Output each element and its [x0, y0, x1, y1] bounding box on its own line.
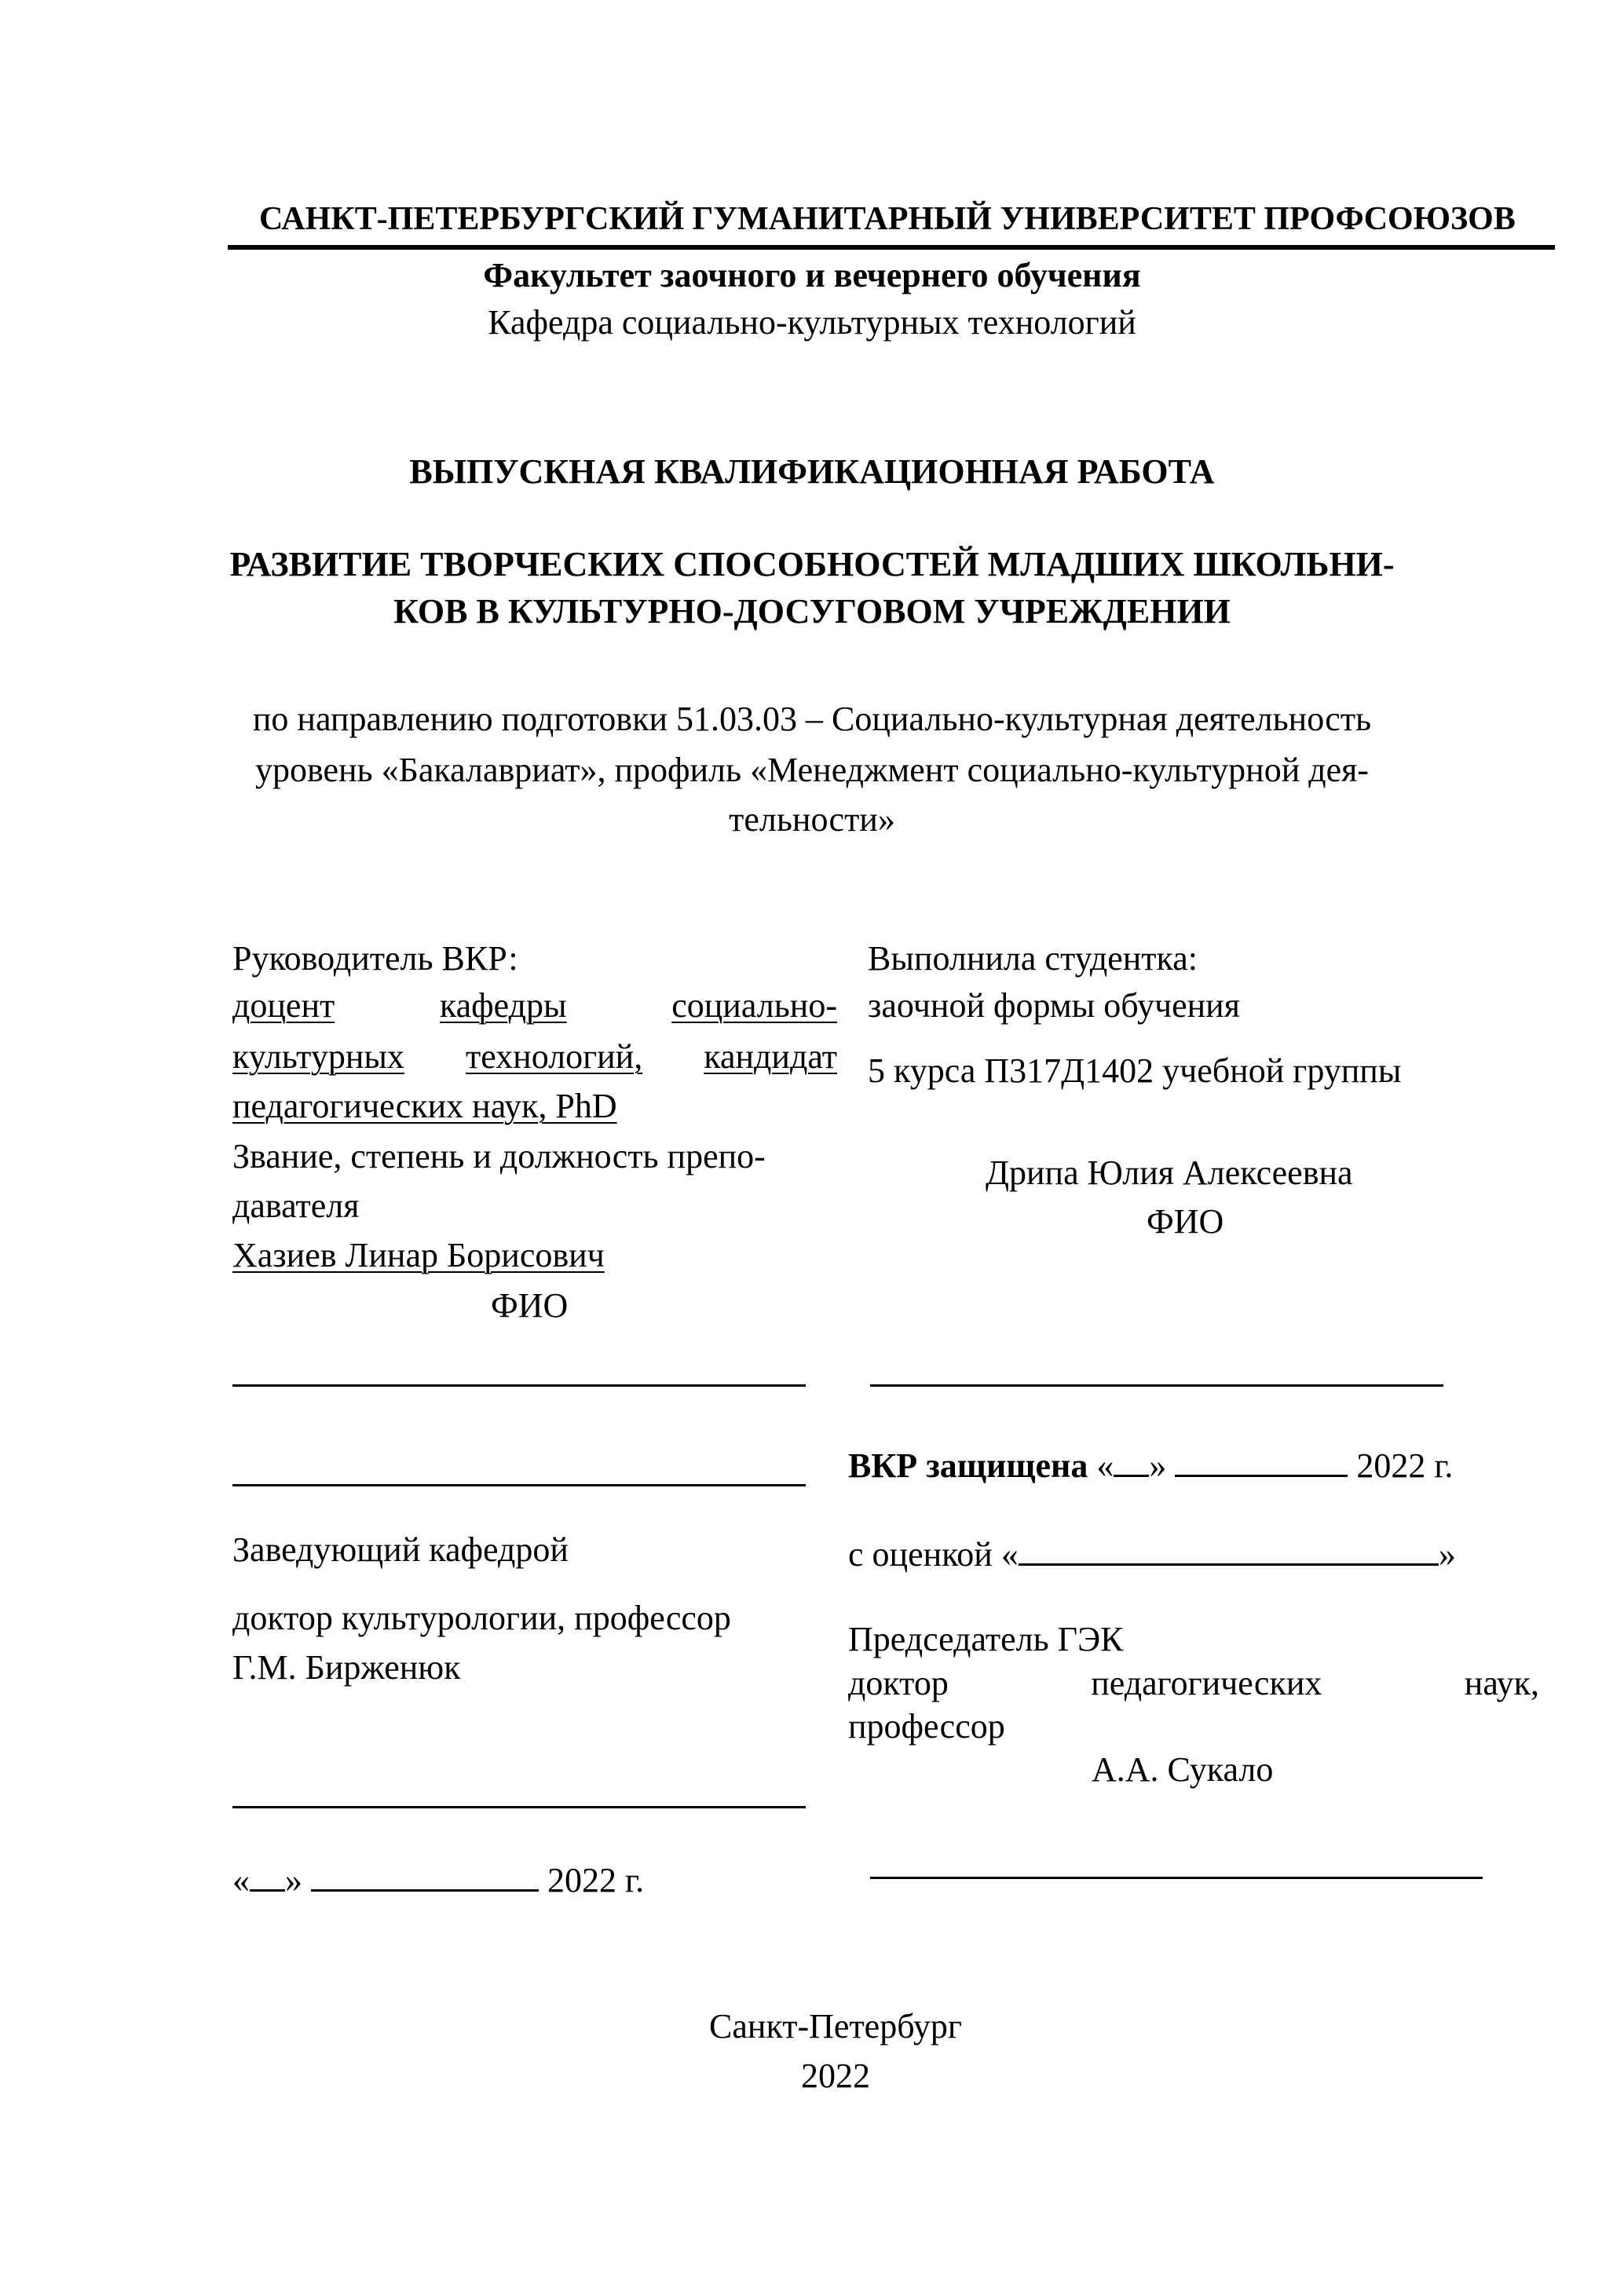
grade-close-quote: » — [1439, 1535, 1456, 1574]
supervisor-position-line-1: доцент кафедры социально- — [232, 985, 837, 1026]
word: кандидат — [704, 1036, 837, 1077]
work-type: ВЫПУСКНАЯ КВАЛИФИКАЦИОННАЯ РАБОТА — [0, 452, 1624, 492]
student-label: Выполнила студентка: — [868, 938, 1198, 978]
footer-city: Санкт-Петербург — [0, 2006, 1624, 2046]
head-signature-line — [232, 1806, 806, 1808]
word: наук, — [1465, 1663, 1539, 1703]
supervisor-position-line-2: культурных технологий, кандидат — [232, 1036, 837, 1077]
word: кафедры — [440, 985, 567, 1026]
supervisor-name: Хазиев Линар Борисович — [232, 1235, 605, 1275]
word: технологий, — [466, 1036, 642, 1077]
defense-row: ВКР защищена «» 2022 г. — [848, 1445, 1453, 1486]
commission-degree-line-1: доктор педагогических наук, — [848, 1663, 1539, 1703]
supervisor-hint-line-1: Звание, степень и должность препо- — [232, 1136, 766, 1176]
university-name: САНКТ-ПЕТЕРБУРГСКИЙ ГУМАНИТАРНЫЙ УНИВЕРС… — [259, 200, 1516, 238]
commission-name: А.А. Сукало — [1092, 1749, 1273, 1790]
supervisor-position-line-3: педагогических наук, PhD — [232, 1086, 617, 1126]
commission-degree-line-2: профессор — [848, 1706, 1005, 1746]
footer-year: 2022 — [0, 2056, 1624, 2096]
defense-year: 2022 г. — [1356, 1446, 1453, 1485]
student-signature-line — [870, 1384, 1443, 1387]
close-quote: » — [285, 1861, 302, 1899]
open-quote: « — [1096, 1446, 1114, 1485]
commission-label: Председатель ГЭК — [848, 1619, 1124, 1659]
head-year: 2022 г. — [547, 1861, 644, 1899]
word: доктор — [848, 1663, 949, 1703]
supervisor-hint-line-2: давателя — [232, 1186, 359, 1226]
word: доцент — [232, 985, 335, 1026]
department-name: Кафедра социально-культурных технологий — [0, 302, 1624, 342]
head-name: Г.М. Бирженюк — [232, 1647, 461, 1687]
defense-month-field[interactable] — [1175, 1445, 1348, 1477]
word: социально- — [671, 985, 837, 1026]
topic-line-2: КОВ В КУЛЬТУРНО-ДОСУГОВОМ УЧРЕЖДЕНИИ — [0, 591, 1624, 631]
head-degree: доктор культурологии, профессор — [232, 1598, 731, 1638]
commission-signature-line — [870, 1877, 1483, 1879]
direction-line-3: тельности» — [0, 799, 1624, 839]
head-label: Заведующий кафедрой — [232, 1530, 569, 1570]
left-signature-line-2 — [232, 1484, 806, 1486]
student-form: заочной формы обучения — [868, 985, 1240, 1026]
grade-row: с оценкой «» — [848, 1534, 1456, 1574]
supervisor-label: Руководитель ВКР: — [232, 938, 518, 978]
topic-line-1: РАЗВИТИЕ ТВОРЧЕСКИХ СПОСОБНОСТЕЙ МЛАДШИХ… — [0, 544, 1624, 584]
open-quote: « — [232, 1861, 250, 1899]
grade-label: с оценкой « — [848, 1535, 1019, 1574]
student-fio-label: ФИО — [1147, 1201, 1223, 1241]
header-rule — [228, 245, 1555, 250]
close-quote: » — [1149, 1446, 1166, 1485]
direction-line-1: по направлению подготовки 51.03.03 – Соц… — [0, 699, 1624, 739]
head-month-field[interactable] — [311, 1859, 539, 1892]
student-group: 5 курса П317Д1402 учебной группы — [868, 1051, 1401, 1091]
faculty-name: Факультет заочного и вечернего обучения — [0, 255, 1624, 295]
supervisor-fio-label: ФИО — [491, 1285, 568, 1325]
student-name: Дрипа Юлия Алексеевна — [986, 1153, 1353, 1193]
grade-field[interactable] — [1019, 1534, 1439, 1566]
head-date-row: «» 2022 г. — [232, 1859, 644, 1900]
supervisor-signature-line — [232, 1384, 806, 1387]
defense-day-field[interactable] — [1114, 1445, 1149, 1477]
word: культурных — [232, 1036, 404, 1077]
defense-label: ВКР защищена — [848, 1446, 1088, 1485]
head-day-field[interactable] — [250, 1859, 285, 1892]
direction-line-2: уровень «Бакалавриат», профиль «Менеджме… — [0, 750, 1624, 790]
word: педагогических — [1091, 1663, 1322, 1703]
